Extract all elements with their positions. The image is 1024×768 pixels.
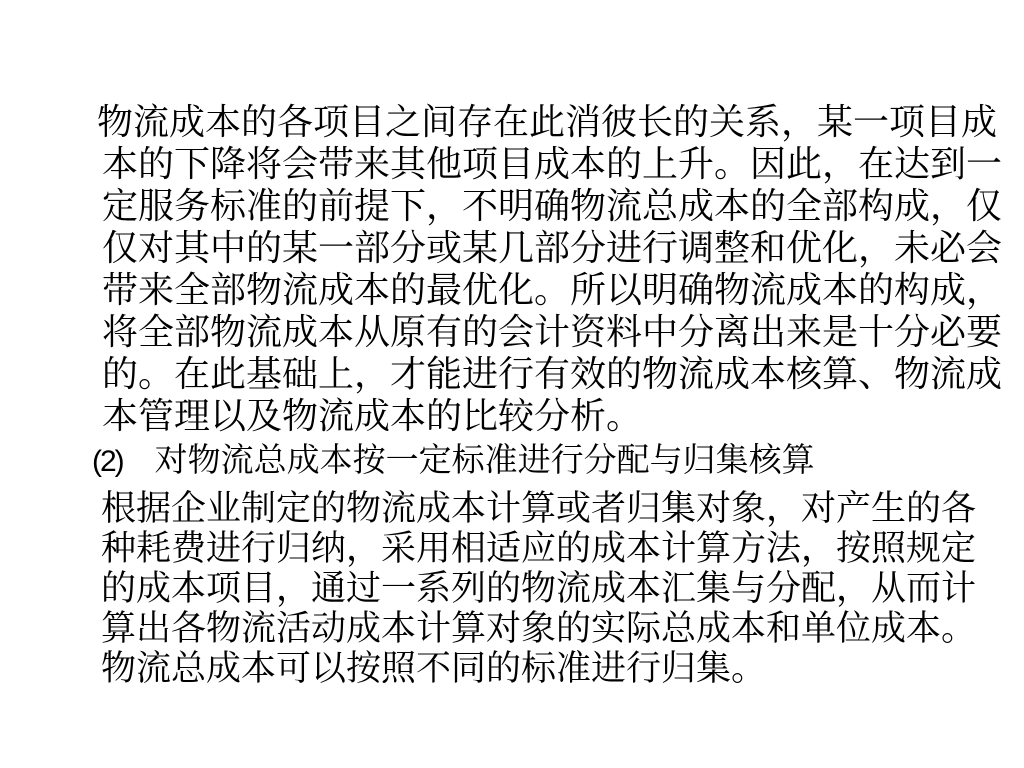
slide-canvas: 物流成本的各项目之间存在此消彼长的关系，某一项目成本的下降将会带来其他项目成本的… — [0, 0, 1024, 768]
text-line: 带来全部物流成本的最优化。所以明确物流成本的构成， — [102, 269, 1002, 311]
text-line: 种耗费进行归纳，采用相适应的成本计算方法，按照规定 — [101, 529, 1001, 569]
text-line: 物流总成本可以按照不同的标准进行归集。 — [101, 649, 1001, 689]
section-title: 对物流总成本按一定标准进行分配与归集核算 — [155, 442, 815, 478]
text-line: 本的下降将会带来其他项目成本的上升。因此，在达到一 — [102, 143, 1002, 185]
text-line: 仅对其中的某一部分或某几部分进行调整和优化，未必会 — [102, 227, 1002, 269]
text-line: 根据企业制定的物流成本计算或者归集对象，对产生的各 — [101, 489, 1001, 529]
text-line: 算出各物流活动成本计算对象的实际总成本和单位成本。 — [101, 609, 1001, 649]
text-line: 将全部物流成本从原有的会计资料中分离出来是十分必要 — [102, 311, 1002, 353]
text-line: 本管理以及物流成本的比较分析。 — [102, 395, 1002, 437]
text-line: 的。在此基础上，才能进行有效的物流成本核算、物流成 — [102, 353, 1002, 395]
body-paragraph-2: 根据企业制定的物流成本计算或者归集对象，对产生的各种耗费进行归纳，采用相适应的成… — [101, 489, 1001, 689]
text-line: 的成本项目，通过一系列的物流成本汇集与分配，从而计 — [101, 569, 1001, 609]
body-paragraph-1: 物流成本的各项目之间存在此消彼长的关系，某一项目成本的下降将会带来其他项目成本的… — [102, 101, 1002, 437]
text-line: 定服务标准的前提下，不明确物流总成本的全部构成，仅 — [102, 185, 1002, 227]
section-number: (2) — [92, 444, 123, 480]
text-line: 物流成本的各项目之间存在此消彼长的关系，某一项目成 — [97, 101, 1002, 143]
section-heading: (2)对物流总成本按一定标准进行分配与归集核算 — [92, 442, 815, 480]
